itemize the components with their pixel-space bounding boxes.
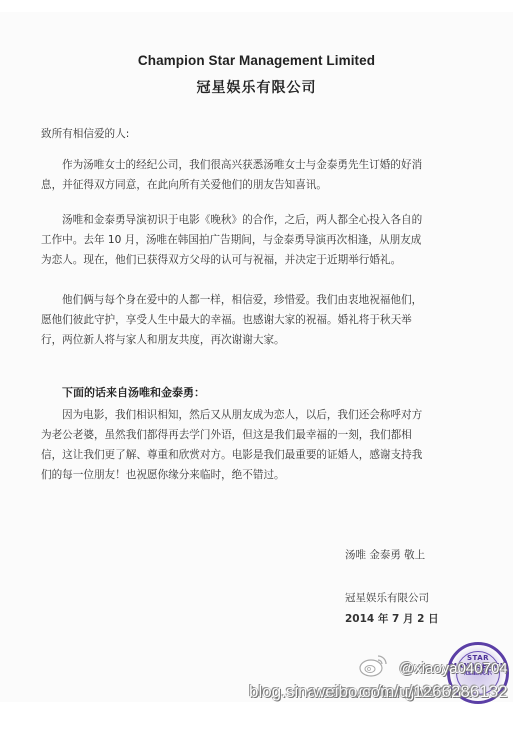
weibo-handle-watermark: @xiaoya040704 [399, 660, 508, 677]
weibo-logo-icon [358, 652, 390, 678]
signature-date: 2014 年 7 月 2 日 [345, 611, 439, 626]
signature-company: 冠星娱乐有限公司 [345, 590, 429, 605]
paragraph-blessings: 他们俩与每个身在爱中的人都一样，相信爱，珍惜爱。我们由衷地祝福他们，愿他们彼此守… [41, 290, 431, 350]
paragraph-how-they-met: 汤唯和金泰勇导演初识于电影《晚秋》的合作，之后，两人都全心投入各自的工作中。去年… [41, 210, 431, 270]
couple-quote-heading: 下面的话来自汤唯和金泰勇： [62, 384, 205, 400]
couple-quote-paragraph: 因为电影，我们相识相知，然后又从朋友成为恋人，以后，我们还会称呼对方为老公老婆，… [41, 405, 431, 485]
company-name-chinese: 冠星娱乐有限公司 [0, 77, 513, 97]
signature-names: 汤唯 金泰勇 敬上 [345, 547, 425, 562]
letter-greeting: 致所有相信爱的人: [41, 124, 431, 144]
weibo-url-watermark: weibo.com/u/1266286132 [313, 682, 508, 702]
company-name-english: Champion Star Management Limited [0, 53, 513, 68]
letter-paper [0, 12, 513, 702]
paragraph-engagement-announcement: 作为汤唯女士的经纪公司，我们很高兴获悉汤唯女士与金泰勇先生订婚的好消息，并征得双… [41, 155, 431, 195]
